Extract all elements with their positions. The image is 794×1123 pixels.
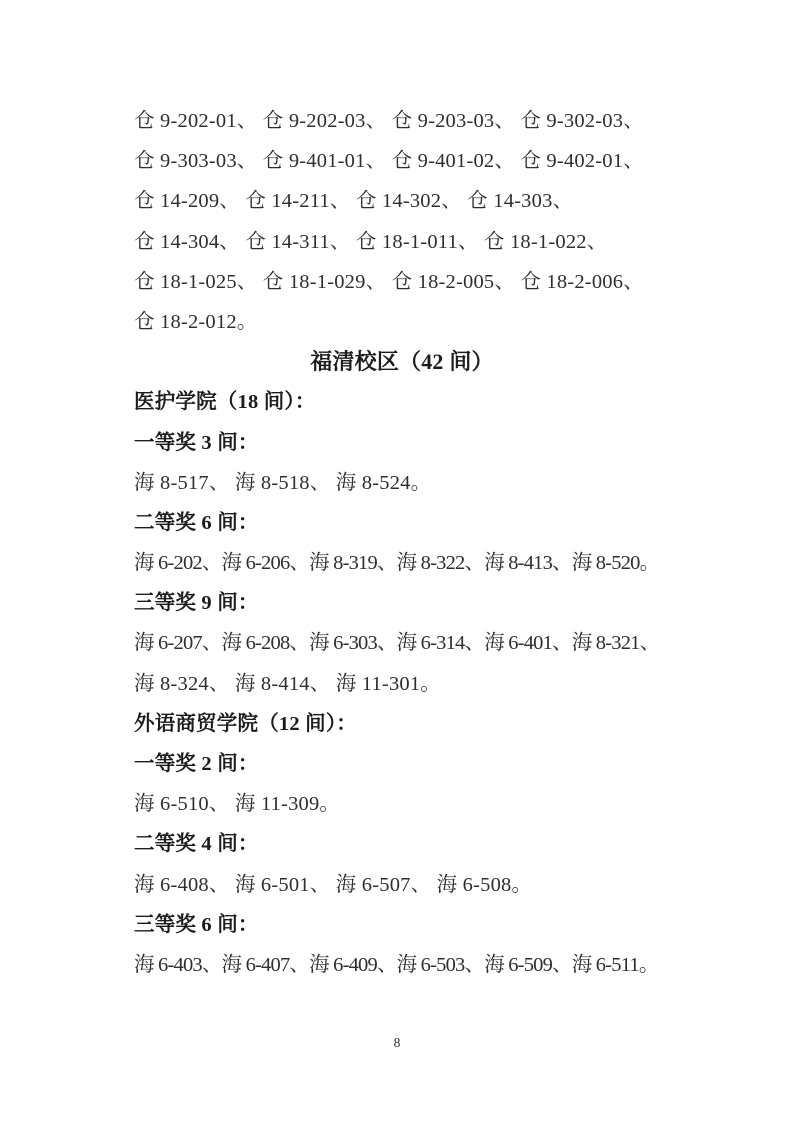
award-tier-label: 一等奖 2 间： (134, 744, 710, 784)
room-list-line: 海 6-510、 海 11-309。 (134, 784, 710, 824)
award-tier-label: 二等奖 6 间： (134, 503, 710, 543)
room-list-line: 海 6-403、海 6-407、海 6-409、海 6-503、海 6-509、… (134, 945, 710, 985)
award-tier-label: 二等奖 4 间： (134, 824, 710, 864)
room-list-line: 海 6-207、海 6-208、海 6-303、海 6-314、海 6-401、… (134, 623, 710, 663)
campus-heading: 福清校区（42 间） (134, 342, 710, 382)
page-number: 8 (0, 1033, 794, 1053)
room-list-line: 海 8-517、 海 8-518、 海 8-524。 (134, 463, 710, 503)
room-list-line: 海 6-408、 海 6-501、 海 6-507、 海 6-508。 (134, 865, 710, 905)
room-list-line: 仓 14-304、 仓 14-311、 仓 18-1-011、 仓 18-1-0… (134, 222, 710, 262)
document-page: 仓 9-202-01、 仓 9-202-03、 仓 9-203-03、 仓 9-… (0, 0, 794, 1123)
room-list-line: 海 8-324、 海 8-414、 海 11-301。 (134, 664, 710, 704)
room-list-line: 海 6-202、海 6-206、海 8-319、海 8-322、海 8-413、… (134, 543, 710, 583)
award-tier-label: 三等奖 9 间： (134, 583, 710, 623)
room-list-line: 仓 9-303-03、 仓 9-401-01、 仓 9-401-02、 仓 9-… (134, 141, 710, 181)
room-list-line: 仓 18-2-012。 (134, 302, 710, 342)
award-tier-label: 三等奖 6 间： (134, 905, 710, 945)
room-list-line: 仓 9-202-01、 仓 9-202-03、 仓 9-203-03、 仓 9-… (134, 101, 710, 141)
college-heading: 外语商贸学院（12 间）： (134, 704, 710, 744)
college-heading: 医护学院（18 间）： (134, 382, 710, 422)
document-body: 仓 9-202-01、 仓 9-202-03、 仓 9-203-03、 仓 9-… (134, 101, 710, 985)
room-list-line: 仓 18-1-025、 仓 18-1-029、 仓 18-2-005、 仓 18… (134, 262, 710, 302)
room-list-line: 仓 14-209、 仓 14-211、 仓 14-302、 仓 14-303、 (134, 181, 710, 221)
award-tier-label: 一等奖 3 间： (134, 423, 710, 463)
